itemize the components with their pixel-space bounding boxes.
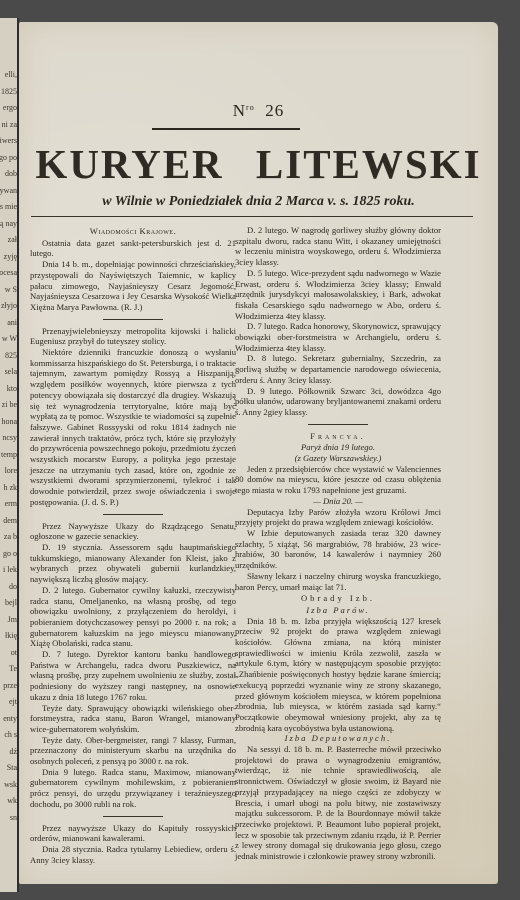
article-paragraph: Ostatnia data gazet sankt-petersburskich… bbox=[30, 238, 236, 259]
article-paragraph: Sławny lekarz i naczelny chirurg woyska … bbox=[235, 571, 441, 592]
adjacent-page-text-fragment: Sta bbox=[7, 763, 17, 773]
article-paragraph: Teyże daty. Ober-bergmeister, rangi 7 kl… bbox=[30, 735, 236, 767]
debates-heading: Obrady Izb. bbox=[235, 593, 441, 604]
adjacent-page-text-fragment: prze bbox=[3, 681, 17, 691]
adjacent-page-text-fragment: 1825 bbox=[1, 87, 17, 97]
article-paragraph: D. 5 lutego. Wice-prezydent sądu nadworn… bbox=[235, 268, 441, 322]
separator bbox=[103, 514, 163, 515]
adjacent-page-text-fragment: ergo bbox=[3, 103, 17, 113]
adjacent-page-text-fragment: ot bbox=[11, 648, 17, 658]
adjacent-page-text-fragment: enty bbox=[3, 714, 17, 724]
adjacent-page-text-fragment: 825 bbox=[5, 351, 17, 361]
adjacent-page-text-fragment: bejl bbox=[5, 598, 17, 608]
article-paragraph: D. 19 stycznia. Assessorem sądu hauptmań… bbox=[30, 542, 236, 585]
adjacent-page-text-fragment: Te bbox=[9, 664, 17, 674]
number-prefix: N bbox=[233, 101, 246, 120]
number-value: 26 bbox=[265, 101, 284, 120]
newspaper-page: Nro 26 KURYER LITEWSKI w Wilnie w Ponied… bbox=[19, 22, 498, 884]
adjacent-page-text-fragment: i lek bbox=[3, 565, 17, 575]
source-note: (z Gazety Warszawskiey.) bbox=[235, 453, 441, 464]
adjacent-page-text-fragment: dem bbox=[3, 516, 17, 526]
adjacent-page-text-fragment: w S bbox=[5, 285, 17, 295]
section-title-france: Francya. bbox=[235, 431, 441, 442]
adjacent-page-text-fragment: ncsy bbox=[2, 433, 17, 443]
article-paragraph: D. 7 lutego. Radca honorowy, Skorynowicz… bbox=[235, 321, 441, 353]
adjacent-page-text-fragment: za b bbox=[4, 532, 17, 542]
article-paragraph: Jeden z przedsiębierców chce wystawić w … bbox=[235, 464, 441, 496]
article-paragraph: D. 8 lutego. Sekretarz gubernialny, Szcz… bbox=[235, 353, 441, 385]
issue-number: Nro 26 bbox=[19, 101, 498, 121]
adjacent-page-text-fragment: hona bbox=[1, 417, 17, 427]
adjacent-page-text-fragment: go o bbox=[3, 549, 17, 559]
adjacent-page-text-fragment: wsk bbox=[4, 780, 17, 790]
adjacent-page-text-fragment: dź bbox=[9, 747, 17, 757]
article-paragraph: Dnia 28 stycznia. Radca tytularny Lebied… bbox=[30, 844, 236, 865]
adjacent-page-text-fragment: zi be bbox=[2, 400, 17, 410]
adjacent-page-text-fragment: ocesa bbox=[0, 268, 17, 278]
newspaper-title: KURYER LITEWSKI bbox=[19, 140, 498, 188]
paris-dateline: Paryż dnia 19 lutego. bbox=[235, 442, 441, 453]
adjacent-page-text-fragment: łkię bbox=[5, 631, 17, 641]
adjacent-page-text-fragment: erm bbox=[5, 499, 17, 509]
adjacent-page-text-fragment: sn bbox=[10, 813, 17, 823]
adjacent-page-strip: elli,1825ergoni zaiwersgo podobywans mie… bbox=[0, 18, 19, 892]
adjacent-page-text-fragment: zyję bbox=[4, 252, 17, 262]
dateline: w Wilnie w Poniedziałek dnia 2 Marca v. … bbox=[19, 194, 498, 210]
adjacent-page-text-fragment: zał bbox=[8, 235, 17, 245]
article-paragraph: Na sessyi d. 18 b. m. P. Basterreche mów… bbox=[235, 744, 441, 862]
adjacent-page-text-fragment: temp bbox=[1, 450, 17, 460]
adjacent-page-text-fragment: s mie bbox=[0, 202, 17, 212]
number-sup: ro bbox=[246, 103, 255, 112]
article-paragraph: Przez Naywyższe Ukazy do Rządzącego Sena… bbox=[30, 521, 236, 542]
separator bbox=[103, 816, 163, 817]
adjacent-page-text-fragment: iwers bbox=[0, 136, 17, 146]
adjacent-page-text-fragment: w W bbox=[2, 334, 17, 344]
adjacent-page-text-fragment: ejt bbox=[9, 697, 17, 707]
article-paragraph: Dnia 14 b. m., dopełniając powinności ch… bbox=[30, 259, 236, 313]
article-paragraph: Deputacya Izby Parów złożyła wzoru Królo… bbox=[235, 507, 441, 528]
adjacent-page-text-fragment: kto bbox=[7, 384, 17, 394]
article-paragraph: Teyże daty. Sprawujący obowiązki wileńsk… bbox=[30, 703, 236, 735]
adjacent-page-text-fragment: ani bbox=[7, 318, 17, 328]
article-paragraph: W Izbie deputowanych zasiada teraz 320 d… bbox=[235, 528, 441, 571]
adjacent-page-text-fragment: ą nay bbox=[0, 219, 17, 229]
adjacent-page-text-fragment: lore bbox=[5, 466, 17, 476]
article-paragraph: Niektóre dzienniki francuzkie donoszą o … bbox=[30, 347, 236, 508]
article-paragraph: Przenayjwielebnieyszy metropolita kijows… bbox=[30, 326, 236, 347]
chamber-of-peers-heading: Izba Parów. bbox=[235, 605, 441, 616]
adjacent-page-text-fragment: złyjo bbox=[1, 301, 17, 311]
adjacent-page-text-fragment: go po bbox=[0, 153, 17, 163]
article-paragraph: D. 7 lutego. Dyrektor kantoru banku hand… bbox=[30, 649, 236, 703]
chamber-of-deputies-heading: Izba Deputowanych. bbox=[235, 733, 441, 744]
article-paragraph: Dnia 18 b. m. Izba przyjęła większością … bbox=[235, 616, 441, 734]
adjacent-page-text-fragment: h zk bbox=[3, 483, 17, 493]
section-title-domestic: Wiadomości Krajowe. bbox=[30, 226, 236, 237]
adjacent-page-text-fragment: ni za bbox=[2, 120, 17, 130]
article-paragraph: Przez naywyższe Ukazy do Kapituły rossyy… bbox=[30, 823, 236, 844]
header-rule bbox=[31, 216, 473, 217]
date-subheading: — Dnia 20. — bbox=[235, 496, 441, 507]
article-paragraph: D. 9 lutego. Półkownik Szwarc 3ci, dowód… bbox=[235, 386, 441, 418]
number-rule bbox=[152, 128, 300, 130]
separator bbox=[103, 319, 163, 320]
adjacent-page-text-fragment: dob bbox=[5, 169, 17, 179]
adjacent-page-text-fragment: ch s bbox=[4, 730, 17, 740]
right-column: D. 2 lutego. W nagrodę gorliwey służby g… bbox=[235, 225, 441, 862]
separator bbox=[308, 424, 368, 425]
adjacent-page-text-fragment: ywan bbox=[0, 186, 17, 196]
adjacent-page-text-fragment: Jm bbox=[8, 615, 17, 625]
adjacent-page-text-fragment: elli, bbox=[5, 70, 17, 80]
adjacent-page-text-fragment: do bbox=[9, 582, 17, 592]
adjacent-page-text-fragment: sela bbox=[5, 367, 17, 377]
adjacent-page-text-fragment: wk bbox=[7, 796, 17, 806]
article-paragraph: D. 2 lutego. W nagrodę gorliwey służby g… bbox=[235, 225, 441, 268]
article-paragraph: Dnia 9 lutego. Radca stanu, Maximow, mia… bbox=[30, 767, 236, 810]
left-column: Wiadomości Krajowe. Ostatnia data gazet … bbox=[30, 225, 236, 865]
article-paragraph: D. 2 lutego. Gubernator cywilny kałuzki,… bbox=[30, 585, 236, 649]
